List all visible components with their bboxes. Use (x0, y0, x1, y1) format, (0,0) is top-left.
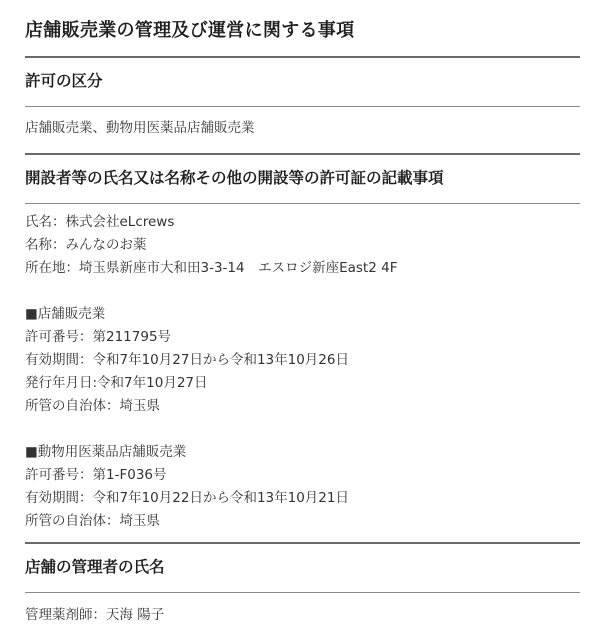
divider (25, 592, 580, 593)
store-address: 所在地：埼玉県新座市大和田3-3-14 エスロジ新座East2 4F (25, 257, 397, 280)
store-sales-management-page: 店舗販売業の管理及び運営に関する事項 許可の区分 店舗販売業、動物用医薬品店舗販… (0, 0, 605, 640)
store-manager-name: 管理薬剤師：天海 陽子 (25, 604, 164, 627)
license-label-store-sales: ■店舗販売業 (25, 303, 397, 326)
divider (25, 203, 580, 204)
page-title: 店舗販売業の管理及び運営に関する事項 (25, 18, 354, 44)
license-label-veterinary-store-sales: ■動物用医薬品店舗販売業 (25, 441, 397, 464)
spacer (25, 418, 397, 441)
license-number: 許可番号：第1-F036号 (25, 464, 397, 487)
licensee-details-body: 氏名：株式会社eLcrews 名称：みんなのお薬 所在地：埼玉県新座市大和田3-… (25, 211, 397, 533)
section-heading-store-manager: 店舗の管理者の氏名 (25, 556, 165, 578)
license-authority: 所管の自治体：埼玉県 (25, 395, 397, 418)
section-heading-permit-category: 許可の区分 (25, 70, 103, 92)
license-validity: 有効期間：令和7年10月22日から令和13年10月21日 (25, 487, 397, 510)
permit-category-text: 店舗販売業、動物用医薬品店舗販売業 (25, 117, 255, 140)
divider (25, 153, 580, 155)
license-issue-date: 発行年月日:令和7年10月27日 (25, 372, 397, 395)
spacer (25, 280, 397, 303)
section-heading-licensee-details: 開設者等の氏名又は名称その他の開設等の許可証の記載事項 (25, 167, 444, 189)
license-authority: 所管の自治体：埼玉県 (25, 510, 397, 533)
license-number: 許可番号：第211795号 (25, 326, 397, 349)
divider (25, 106, 580, 107)
license-validity: 有効期間：令和7年10月27日から令和13年10月26日 (25, 349, 397, 372)
divider (25, 542, 580, 544)
divider (25, 56, 580, 58)
store-name: 名称：みんなのお薬 (25, 234, 397, 257)
licensee-name: 氏名：株式会社eLcrews (25, 211, 397, 234)
